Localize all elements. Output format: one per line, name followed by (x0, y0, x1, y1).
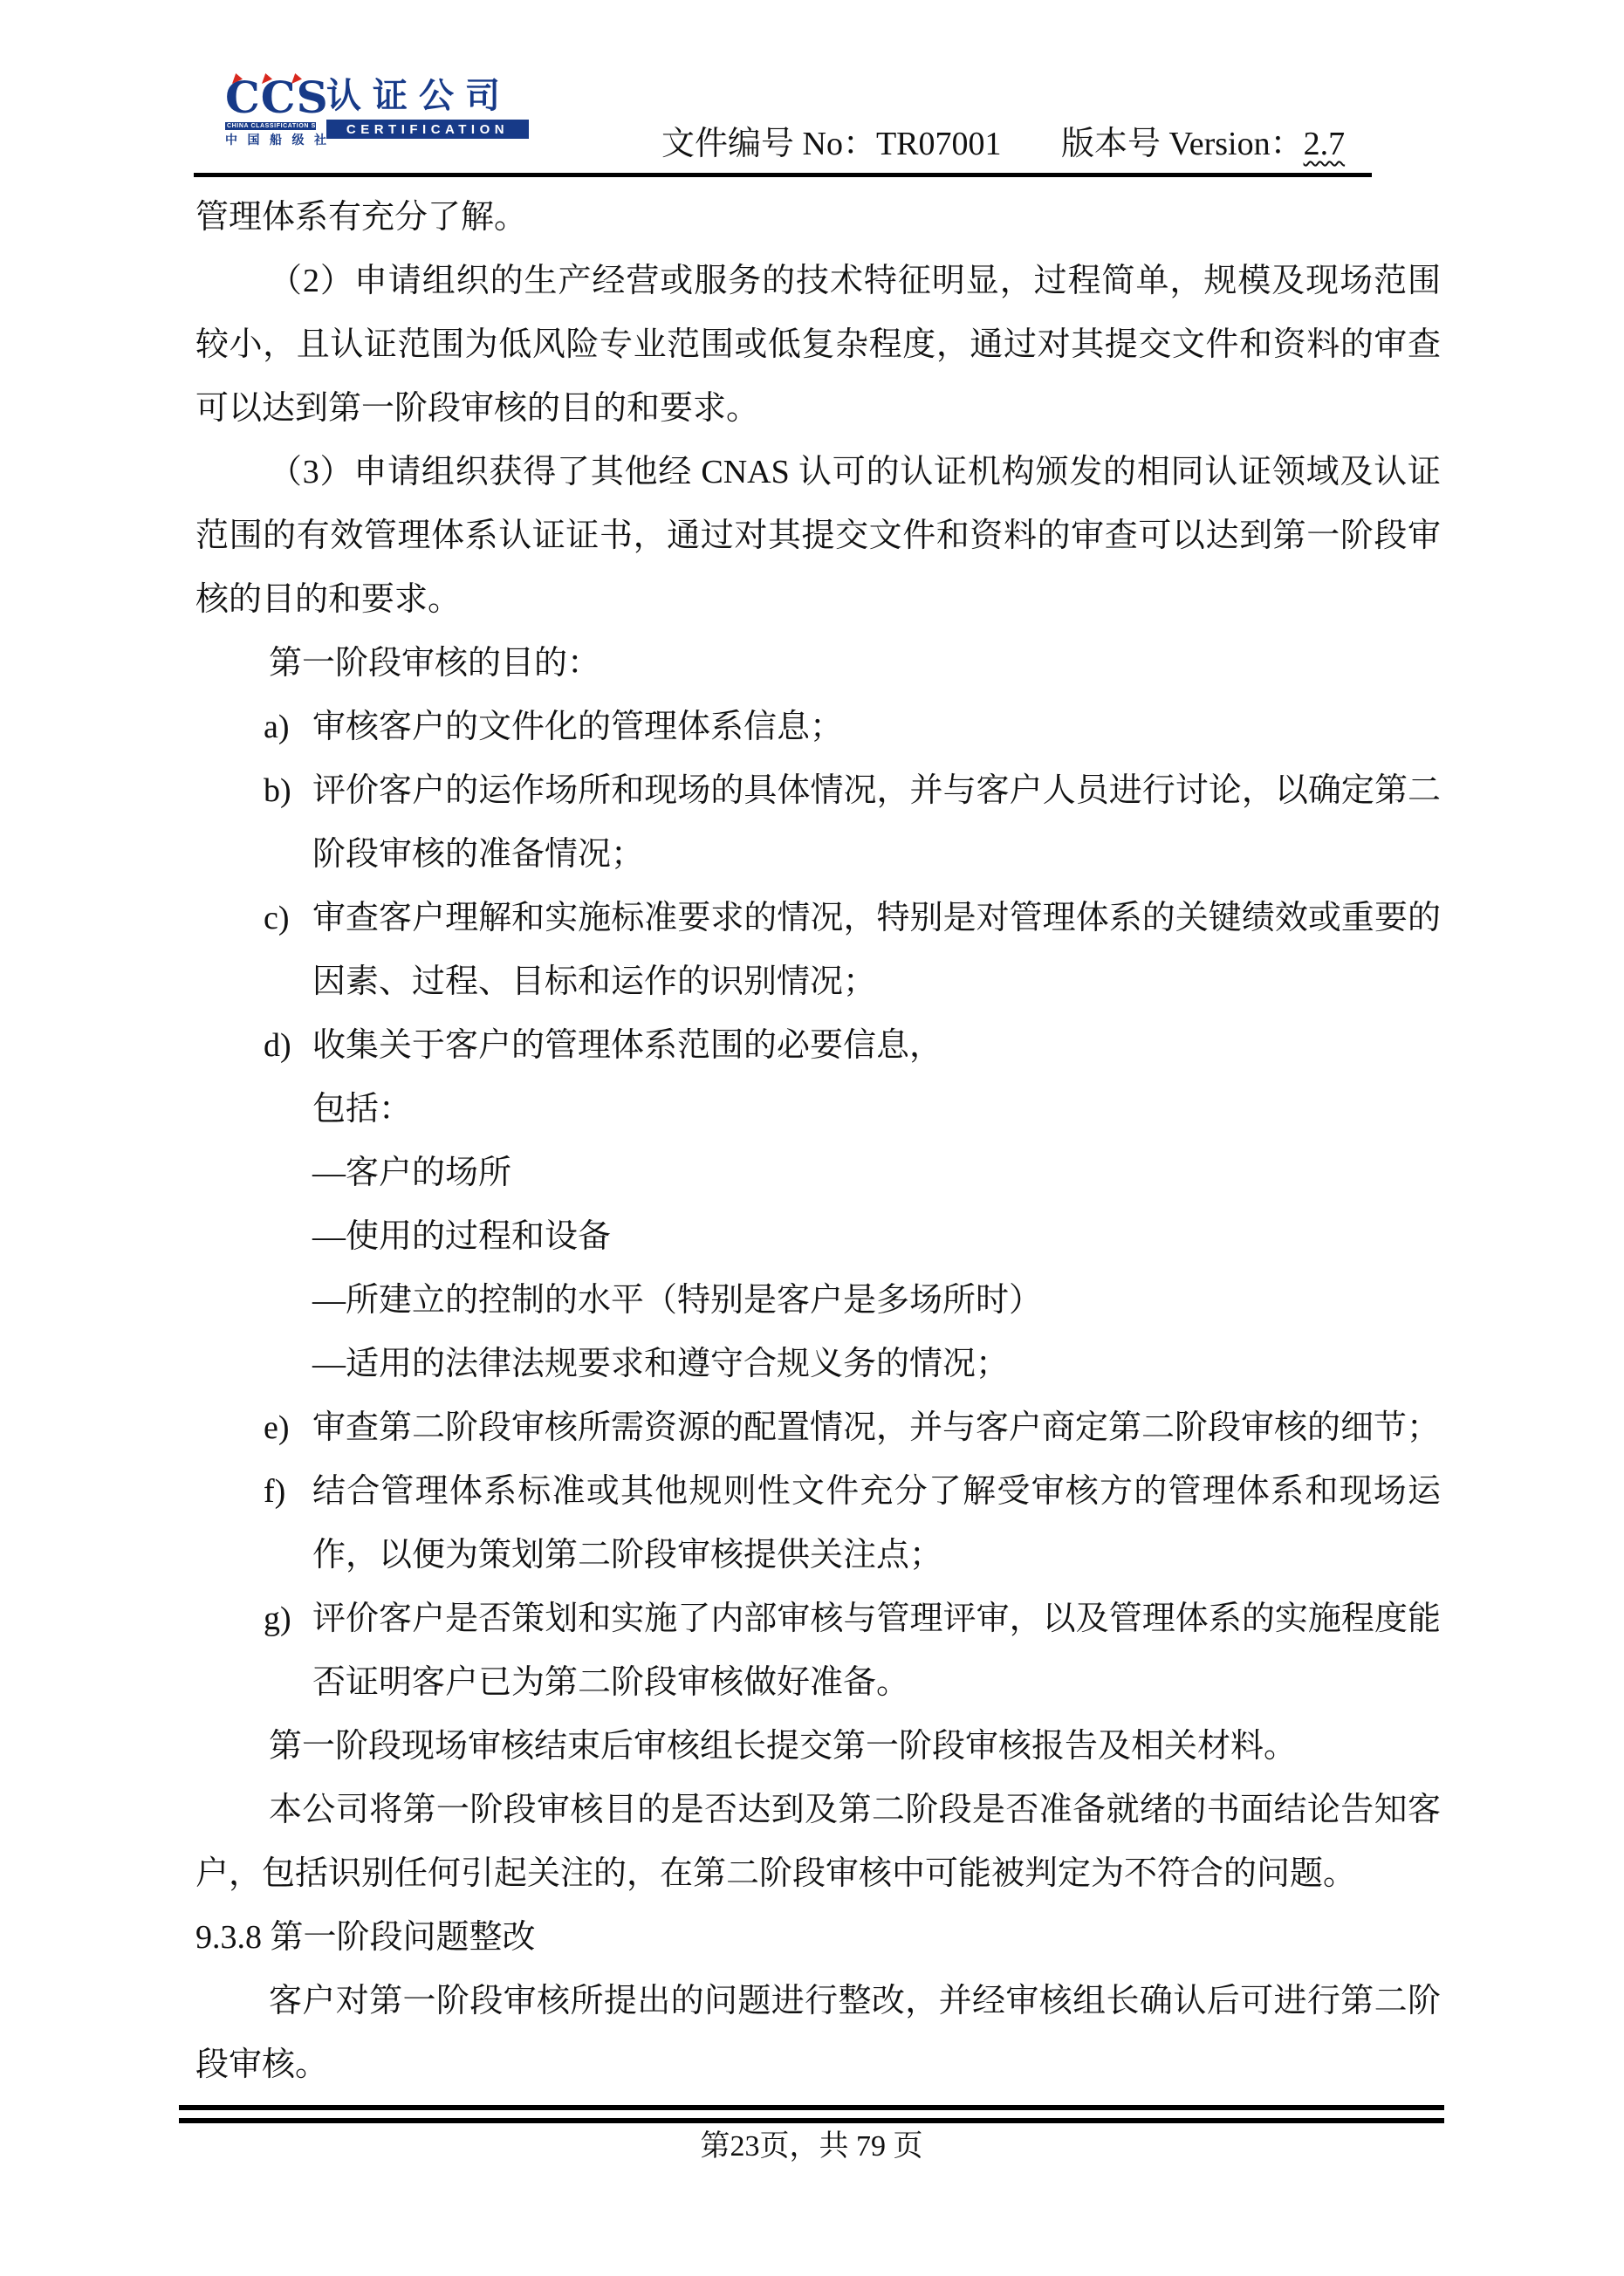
list-item-marker: b) (264, 759, 291, 823)
list-item-marker: d) (264, 1014, 291, 1078)
document-number-label: 文件编号 No： (661, 126, 876, 162)
list-item-text: 评价客户是否策划和实施了内部审核与管理评审，以及管理体系的实施程度能否证明客户已… (312, 1601, 1441, 1701)
list-item-marker: c) (264, 887, 290, 950)
sub-item: 包括： (195, 1078, 1441, 1141)
list-item: b)评价客户的运作场所和现场的具体情况，并与客户人员进行讨论，以确定第二阶段审核… (195, 759, 1441, 887)
list-item-text: 评价客户的运作场所和现场的具体情况，并与客户人员进行讨论，以确定第二阶段审核的准… (312, 772, 1441, 873)
sub-item: —所建立的控制的水平（特别是客户是多场所时） (195, 1269, 1441, 1333)
list-item: f)结合管理体系标准或其他规则性文件充分了解受审核方的管理体系和现场运作，以便为… (195, 1460, 1441, 1587)
sub-item: —适用的法律法规要求和遵守合规义务的情况； (195, 1333, 1441, 1396)
page-number: 第23页，共 79 页 (179, 2128, 1444, 2166)
footer-divider-line-bottom (179, 2118, 1444, 2123)
list-item: d)收集关于客户的管理体系范围的必要信息， (195, 1014, 1441, 1078)
document-version: 版本号 Version：2.7 (1061, 124, 1345, 164)
company-name-cn: 认证公司 (326, 77, 529, 115)
body-paragraph: 客户对第一阶段审核所提出的问题进行整改，并经审核组长确认后可进行第二阶段审核。 (195, 1970, 1441, 2097)
ccs-logo: CCS CHINA CLASSIFICATION SOCIETY 中 国 船 级… (225, 77, 532, 148)
list-item: a)审核客户的文件化的管理体系信息； (195, 696, 1441, 759)
document-version-label: 版本号 Version： (1061, 126, 1304, 162)
list-item: g)评价客户是否策划和实施了内部审核与管理评审，以及管理体系的实施程度能否证明客… (195, 1587, 1441, 1715)
document-body: 管理体系有充分了解。 （2）申请组织的生产经营或服务的技术特征明显，过程简单，规… (195, 186, 1441, 2097)
logo-right-column: 认证公司 CERTIFICATION (326, 77, 529, 139)
list-item-text: 审查第二阶段审核所需资源的配置情况，并与客户商定第二阶段审核的细节； (312, 1409, 1440, 1446)
logo-left-column: CCS CHINA CLASSIFICATION SOCIETY 中 国 船 级… (225, 77, 316, 148)
society-name-en: CHINA CLASSIFICATION SOCIETY (225, 122, 316, 130)
footer-divider-line-top (179, 2105, 1444, 2110)
sub-item: —使用的过程和设备 (195, 1205, 1441, 1269)
logo-row: CCS CHINA CLASSIFICATION SOCIETY 中 国 船 级… (225, 77, 532, 148)
sub-item: —客户的场所 (195, 1141, 1441, 1205)
body-paragraph: 管理体系有充分了解。 (195, 186, 1441, 250)
document-page: CCS CHINA CLASSIFICATION SOCIETY 中 国 船 级… (0, 0, 1624, 2276)
section-heading: 9.3.8 第一阶段问题整改 (195, 1906, 1441, 1970)
document-number: 文件编号 No：TR07001 (661, 124, 1002, 164)
document-version-value: 2.7 (1304, 126, 1346, 162)
list-item-text: 审查客户理解和实施标准要求的情况，特别是对管理体系的关键绩效或重要的因素、过程、… (312, 900, 1441, 1000)
document-number-value: TR07001 (876, 126, 1002, 162)
list-item: c)审查客户理解和实施标准要求的情况，特别是对管理体系的关键绩效或重要的因素、过… (195, 887, 1441, 1014)
list-item-text: 收集关于客户的管理体系范围的必要信息， (312, 1027, 942, 1064)
body-paragraph: 本公司将第一阶段审核目的是否达到及第二阶段是否准备就绪的书面结论告知客户，包括识… (195, 1779, 1441, 1906)
certification-banner: CERTIFICATION (326, 120, 529, 139)
list-item: e)审查第二阶段审核所需资源的配置情况，并与客户商定第二阶段审核的细节； (195, 1396, 1441, 1460)
header-divider-line (194, 173, 1372, 177)
list-item-marker: f) (264, 1460, 285, 1524)
list-item-marker: g) (264, 1587, 291, 1651)
list-item-text: 结合管理体系标准或其他规则性文件充分了解受审核方的管理体系和现场运作，以便为策划… (312, 1473, 1441, 1573)
body-paragraph: 第一阶段现场审核结束后审核组长提交第一阶段审核报告及相关材料。 (195, 1715, 1441, 1779)
list-item-marker: a) (264, 696, 290, 759)
body-paragraph: （3）申请组织获得了其他经 CNAS 认可的认证机构颁发的相同认证领域及认证范围… (195, 441, 1441, 632)
body-paragraph: （2）申请组织的生产经营或服务的技术特征明显，过程简单，规模及现场范围较小，且认… (195, 250, 1441, 441)
body-paragraph: 第一阶段审核的目的： (195, 632, 1441, 696)
society-name-cn: 中 国 船 级 社 (225, 131, 316, 148)
ccs-logo-letters: CCS (225, 77, 316, 119)
list-item-marker: e) (264, 1396, 290, 1460)
list-item-text: 审核客户的文件化的管理体系信息； (312, 709, 843, 745)
